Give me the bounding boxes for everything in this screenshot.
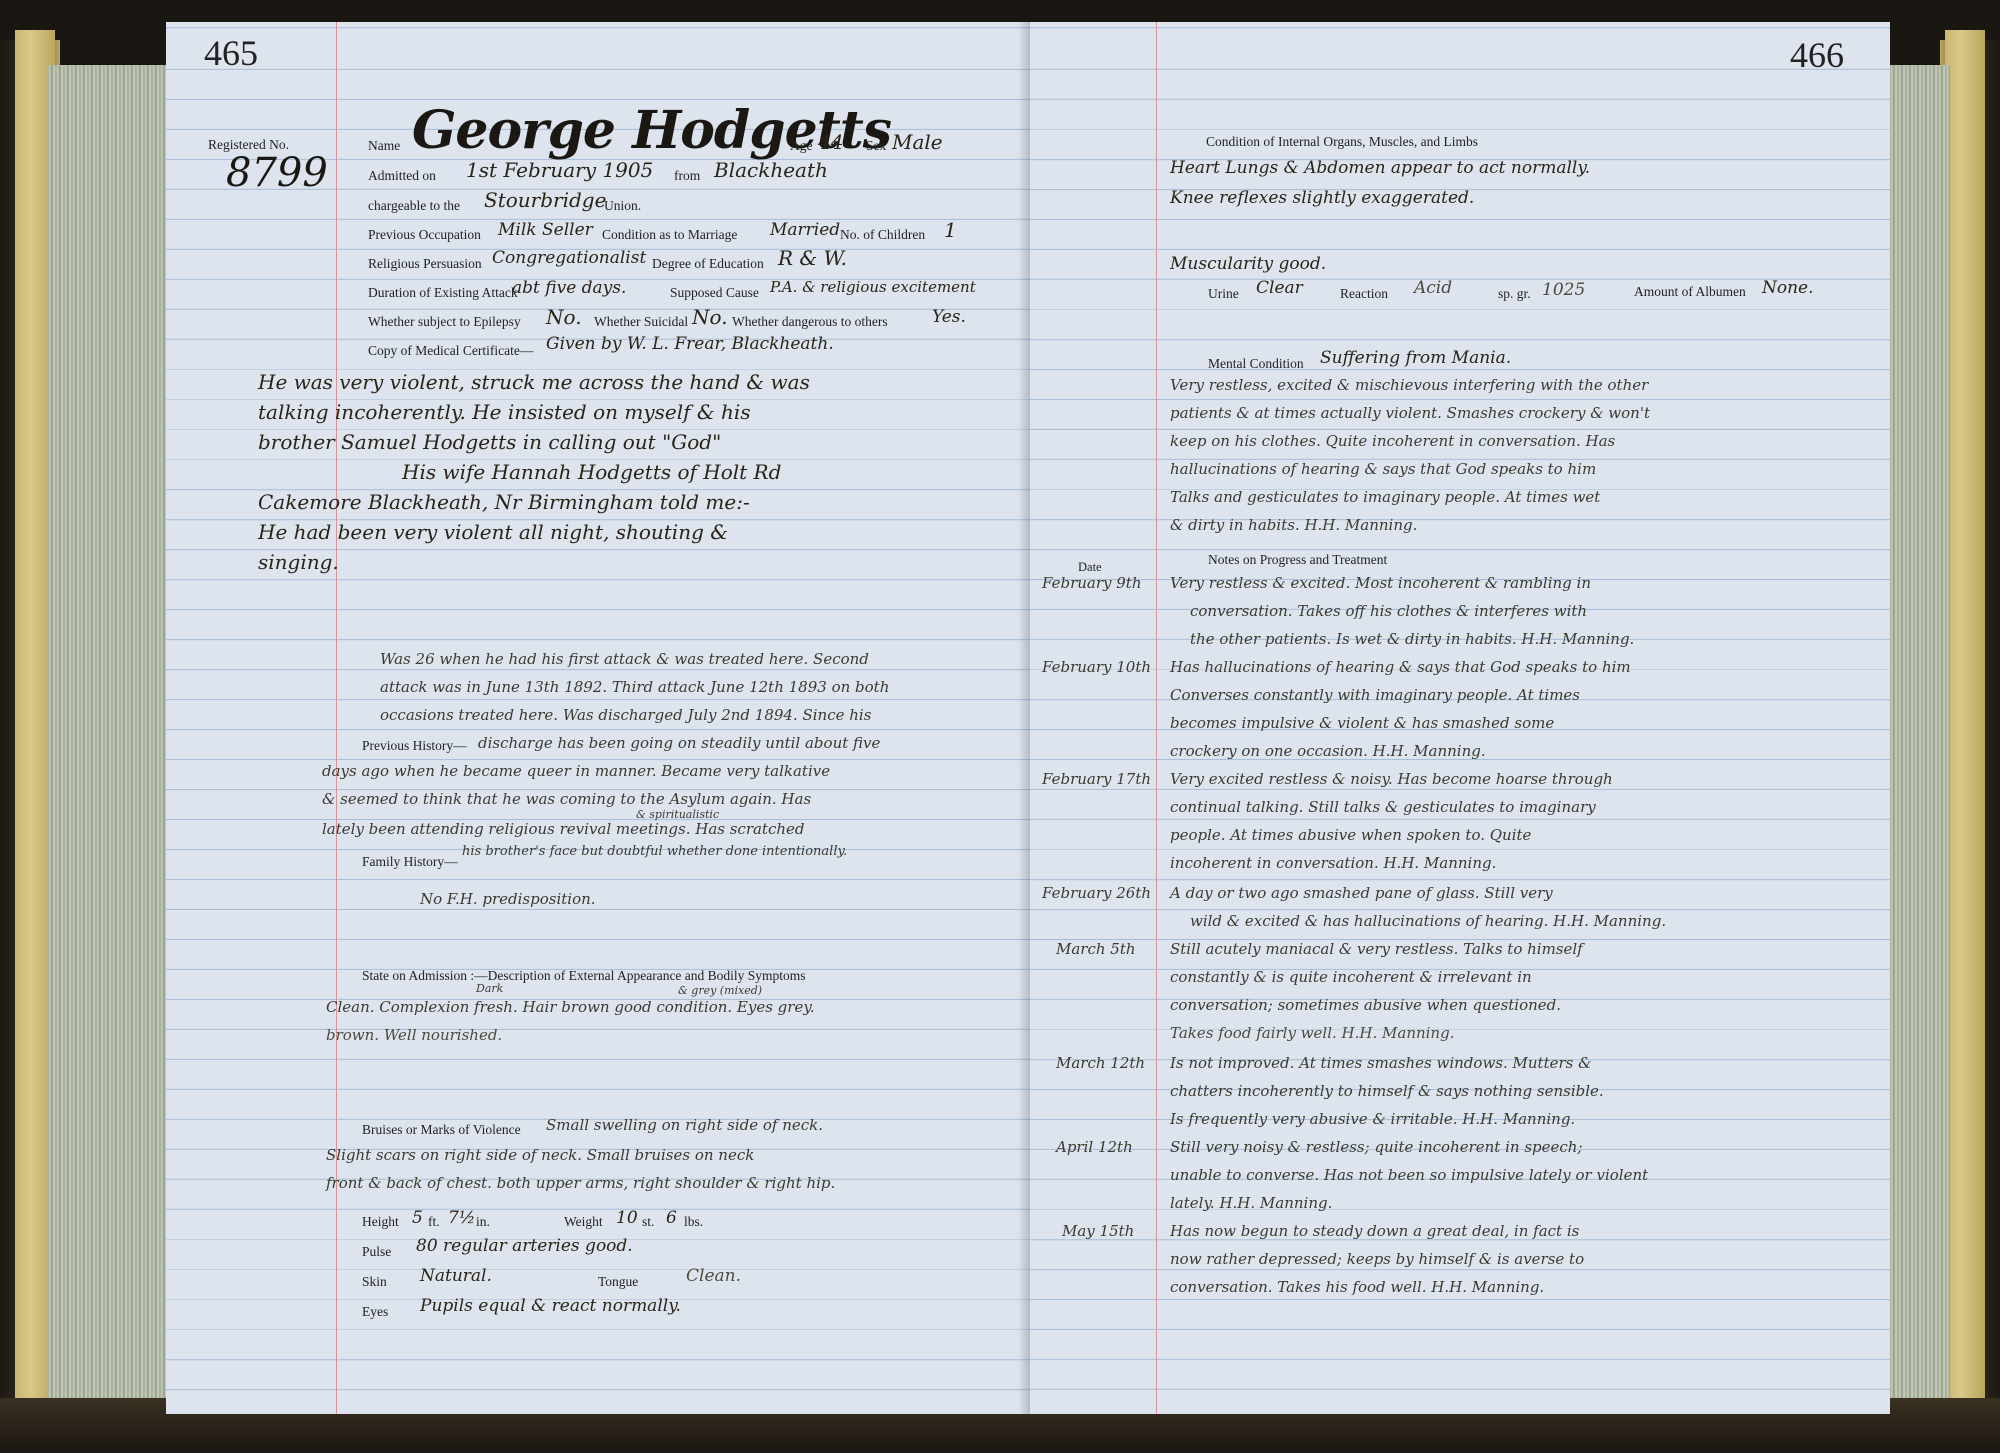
- note-date: April 12th: [1056, 1138, 1133, 1156]
- weight-lbs-value: 6: [666, 1208, 677, 1228]
- note-line: crockery on one occasion. H.H. Manning.: [1170, 742, 1486, 760]
- mental-condition-label: Mental Condition: [1208, 356, 1304, 372]
- height-ft-value: 5: [412, 1208, 423, 1228]
- family-history-label: Family History—: [362, 854, 458, 870]
- note-date: February 9th: [1042, 574, 1142, 592]
- note-line: conversation. Takes his food well. H.H. …: [1170, 1278, 1544, 1296]
- history-line: lately been attending religious revival …: [322, 820, 805, 838]
- left-page: 465 Registered No. 8799 Name George Hodg…: [166, 22, 1030, 1414]
- mental-condition-line: & dirty in habits. H.H. Manning.: [1170, 516, 1417, 534]
- marriage-label: Condition as to Marriage: [602, 227, 737, 243]
- chargeable-label: chargeable to the: [368, 198, 460, 214]
- education-value: R & W.: [778, 246, 847, 270]
- weight-lbs-label: lbs.: [684, 1214, 703, 1230]
- epilepsy-label: Whether subject to Epilepsy: [368, 314, 521, 330]
- education-label: Degree of Education: [652, 256, 764, 272]
- state-insertion: Dark: [476, 982, 503, 995]
- sex-label: Sex: [866, 138, 886, 154]
- epilepsy-value: No.: [546, 305, 582, 329]
- page-number: 466: [1790, 34, 1844, 76]
- note-line: people. At times abusive when spoken to.…: [1170, 826, 1531, 844]
- note-line: Still acutely maniacal & very restless. …: [1170, 940, 1583, 958]
- weight-st-label: st.: [642, 1214, 654, 1230]
- note-line: Has now begun to steady down a great dea…: [1170, 1222, 1579, 1240]
- occupation-value: Milk Seller: [498, 220, 593, 240]
- occupation-label: Previous Occupation: [368, 227, 481, 243]
- bruises-line: Small swelling on right side of neck.: [546, 1116, 823, 1134]
- internal-organs-line: Muscularity good.: [1170, 254, 1326, 274]
- note-line: constantly & is quite incoherent & irrel…: [1170, 968, 1532, 986]
- medical-certificate-by: Given by W. L. Frear, Blackheath.: [546, 334, 834, 354]
- note-line: Is frequently very abusive & irritable. …: [1170, 1110, 1575, 1128]
- mental-condition-line: Very restless, excited & mischievous int…: [1170, 376, 1648, 394]
- bruises-line: Slight scars on right side of neck. Smal…: [326, 1146, 754, 1164]
- mental-condition-line: patients & at times actually violent. Sm…: [1170, 404, 1650, 422]
- certificate-line: talking incoherently. He insisted on mys…: [258, 400, 751, 424]
- state-on-admission-label: State on Admission :—Description of Exte…: [362, 968, 806, 984]
- eyes-value: Pupils equal & react normally.: [420, 1296, 681, 1316]
- children-value: 1: [944, 218, 957, 242]
- page-number: 465: [204, 32, 258, 74]
- bruises-label: Bruises or Marks of Violence: [362, 1122, 521, 1138]
- albumen-value: None.: [1762, 278, 1814, 298]
- certificate-line: Cakemore Blackheath, Nr Birmingham told …: [258, 490, 750, 514]
- suicidal-label: Whether Suicidal: [594, 314, 688, 330]
- skin-value: Natural.: [420, 1266, 492, 1286]
- internal-organs-label: Condition of Internal Organs, Muscles, a…: [1206, 134, 1478, 150]
- certificate-line: brother Samuel Hodgetts in calling out "…: [258, 430, 721, 454]
- note-line: unable to converse. Has not been so impu…: [1170, 1166, 1648, 1184]
- chargeable-value: Stourbridge: [484, 188, 606, 212]
- height-label: Height: [362, 1214, 399, 1230]
- note-line: incoherent in conversation. H.H. Manning…: [1170, 854, 1496, 872]
- internal-organs-line: Knee reflexes slightly exaggerated.: [1170, 188, 1474, 208]
- margin-line: [1156, 22, 1157, 1414]
- duration-label: Duration of Existing Attack: [368, 285, 518, 301]
- height-in-label: in.: [476, 1214, 490, 1230]
- note-date: February 26th: [1042, 884, 1151, 902]
- margin-line: [336, 22, 337, 1414]
- religion-label: Religious Persuasion: [368, 256, 482, 272]
- reaction-label: Reaction: [1340, 286, 1388, 302]
- note-line: the other patients. Is wet & dirty in ha…: [1190, 630, 1634, 648]
- internal-organs-line: Heart Lungs & Abdomen appear to act norm…: [1170, 158, 1590, 178]
- mental-condition-line: keep on his clothes. Quite incoherent in…: [1170, 432, 1615, 450]
- note-date: March 12th: [1056, 1054, 1145, 1072]
- note-date: March 5th: [1056, 940, 1136, 958]
- sp-gr-label: sp. gr.: [1498, 286, 1531, 302]
- mental-condition-line: Talks and gesticulates to imaginary peop…: [1170, 488, 1600, 506]
- note-line: continual talking. Still talks & gesticu…: [1170, 798, 1596, 816]
- note-date: February 10th: [1042, 658, 1151, 676]
- admitted-on-value: 1st February 1905: [466, 158, 653, 182]
- right-page: 466 Condition of Internal Organs, Muscle…: [1030, 22, 1890, 1414]
- state-line: Clean. Complexion fresh. Hair brown good…: [326, 998, 815, 1016]
- history-line: his brother's face but doubtful whether …: [462, 844, 847, 859]
- age-value: 44: [818, 130, 843, 154]
- name-label: Name: [368, 138, 400, 154]
- note-line: Is not improved. At times smashes window…: [1170, 1054, 1591, 1072]
- eyes-label: Eyes: [362, 1304, 388, 1320]
- history-line: Was 26 when he had his first attack & wa…: [380, 650, 869, 668]
- union-label: Union.: [604, 198, 641, 214]
- note-line: wild & excited & has hallucinations of h…: [1190, 912, 1666, 930]
- pulse-label: Pulse: [362, 1244, 391, 1260]
- age-label: Age: [790, 138, 813, 154]
- previous-history-label: Previous History—: [362, 738, 467, 754]
- note-date: May 15th: [1062, 1222, 1134, 1240]
- registered-no-value: 8799: [226, 150, 328, 196]
- from-label: from: [674, 168, 700, 184]
- note-line: Very restless & excited. Most incoherent…: [1170, 574, 1591, 592]
- history-line: attack was in June 13th 1892. Third atta…: [380, 678, 889, 696]
- note-date: February 17th: [1042, 770, 1151, 788]
- religion-value: Congregationalist: [492, 248, 646, 268]
- albumen-label: Amount of Albumen: [1634, 284, 1746, 300]
- history-line: & seemed to think that he was coming to …: [322, 790, 811, 808]
- reaction-value: Acid: [1414, 278, 1452, 298]
- note-line: Has hallucinations of hearing & says tha…: [1170, 658, 1631, 676]
- note-line: Still very noisy & restless; quite incoh…: [1170, 1138, 1583, 1156]
- from-value: Blackheath: [714, 158, 828, 182]
- skin-label: Skin: [362, 1274, 387, 1290]
- tongue-label: Tongue: [598, 1274, 638, 1290]
- dangerous-value: Yes.: [932, 307, 966, 327]
- page-stack-left: [48, 65, 166, 1407]
- suicidal-value: No.: [692, 305, 728, 329]
- certificate-line: He had been very violent all night, shou…: [258, 520, 728, 544]
- note-line: lately. H.H. Manning.: [1170, 1194, 1332, 1212]
- history-line: occasions treated here. Was discharged J…: [380, 706, 871, 724]
- certificate-line: singing.: [258, 550, 339, 574]
- mental-condition-value: Suffering from Mania.: [1320, 348, 1511, 368]
- urine-label: Urine: [1208, 286, 1239, 302]
- date-column-header: Date: [1078, 560, 1102, 575]
- note-line: becomes impulsive & violent & has smashe…: [1170, 714, 1554, 732]
- weight-st-value: 10: [616, 1208, 638, 1228]
- cause-label: Supposed Cause: [670, 285, 759, 301]
- history-line: discharge has been going on steadily unt…: [478, 734, 880, 752]
- history-line: days ago when he became queer in manner.…: [322, 762, 830, 780]
- gilt-edge-right: [1945, 30, 1985, 1410]
- sp-gr-value: 1025: [1542, 280, 1585, 300]
- note-line: Takes food fairly well. H.H. Manning.: [1170, 1024, 1454, 1042]
- note-line: conversation; sometimes abusive when que…: [1170, 996, 1561, 1014]
- note-line: Very excited restless & noisy. Has becom…: [1170, 770, 1613, 788]
- marriage-value: Married: [770, 220, 840, 240]
- note-line: Converses constantly with imaginary peop…: [1170, 686, 1580, 704]
- tongue-value: Clean.: [686, 1266, 741, 1286]
- dangerous-label: Whether dangerous to others: [732, 314, 888, 330]
- mental-condition-line: hallucinations of hearing & says that Go…: [1170, 460, 1596, 478]
- cause-value: P.A. & religious excitement: [770, 278, 976, 296]
- state-line: brown. Well nourished.: [326, 1026, 502, 1044]
- sex-value: Male: [892, 130, 943, 154]
- note-line: conversation. Takes off his clothes & in…: [1190, 602, 1587, 620]
- urine-value: Clear: [1256, 278, 1303, 298]
- note-line: A day or two ago smashed pane of glass. …: [1170, 884, 1553, 902]
- admitted-on-label: Admitted on: [368, 168, 436, 184]
- medical-certificate-label: Copy of Medical Certificate—: [368, 343, 533, 359]
- bruises-line: front & back of chest. both upper arms, …: [326, 1174, 835, 1192]
- family-history-value: No F.H. predisposition.: [420, 890, 596, 908]
- height-ft-label: ft.: [428, 1214, 440, 1230]
- weight-label: Weight: [564, 1214, 603, 1230]
- certificate-line: His wife Hannah Hodgetts of Holt Rd: [402, 460, 781, 484]
- note-line: chatters incoherently to himself & says …: [1170, 1082, 1604, 1100]
- state-insertion: & grey (mixed): [678, 984, 762, 997]
- certificate-line: He was very violent, struck me across th…: [258, 370, 810, 394]
- children-label: No. of Children: [840, 227, 925, 243]
- notes-column-header: Notes on Progress and Treatment: [1208, 552, 1387, 568]
- duration-value: abt five days.: [512, 278, 626, 298]
- pulse-value: 80 regular arteries good.: [416, 1236, 633, 1256]
- note-line: now rather depressed; keeps by himself &…: [1170, 1250, 1584, 1268]
- height-in-value: 7½: [448, 1208, 475, 1228]
